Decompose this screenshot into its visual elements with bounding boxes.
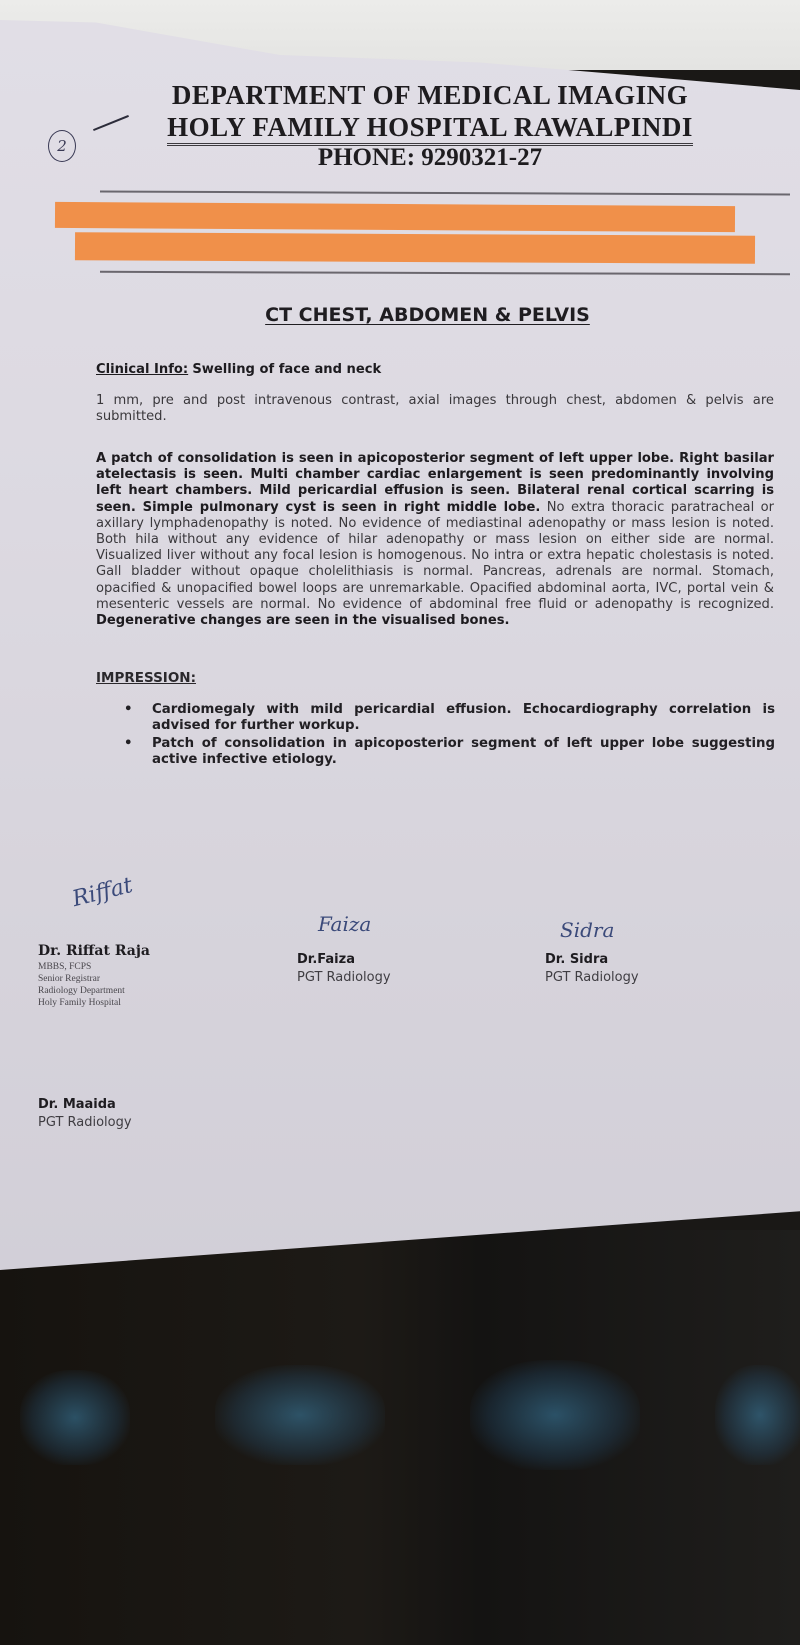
signature-faiza: Faiza xyxy=(318,912,371,936)
redaction-bar-patient-info xyxy=(55,202,735,232)
signatory-name: Dr. Maaida xyxy=(38,1096,132,1114)
bullet-icon: • xyxy=(124,736,133,752)
hospital-name: HOLY FAMILY HOSPITAL RAWALPINDI xyxy=(167,112,693,146)
department-heading: DEPARTMENT OF MEDICAL IMAGING xyxy=(0,80,800,111)
bullet-icon: • xyxy=(124,702,133,718)
signatory-department: Radiology Department xyxy=(38,985,150,997)
clinical-info: Clinical Info: Swelling of face and neck xyxy=(96,362,774,378)
impression-item: •Patch of consolidation in apicoposterio… xyxy=(120,736,775,768)
signatory-name: Dr. Sidra xyxy=(545,951,639,969)
ct-film-image xyxy=(215,1365,385,1465)
impression-list: •Cardiomegaly with mild pericardial effu… xyxy=(120,702,775,770)
hospital-heading: HOLY FAMILY HOSPITAL RAWALPINDI xyxy=(0,112,800,143)
findings-bones: Degenerative changes are seen in the vis… xyxy=(96,613,510,628)
signatory-role: PGT Radiology xyxy=(545,969,639,987)
report-title-text: CT CHEST, ABDOMEN & PELVIS xyxy=(265,304,590,326)
impression-item: •Cardiomegaly with mild pericardial effu… xyxy=(120,702,775,734)
technique-paragraph: 1 mm, pre and post intravenous contrast,… xyxy=(96,393,774,425)
clinical-info-label: Clinical Info: xyxy=(96,362,188,377)
signatory-name: Dr.Faiza xyxy=(297,951,391,969)
signatory-qualification: MBBS, FCPS xyxy=(38,961,150,973)
ct-film-image xyxy=(20,1370,130,1465)
signatory-role: PGT Radiology xyxy=(297,969,391,987)
signatory-details: MBBS, FCPS Senior Registrar Radiology De… xyxy=(38,961,150,1009)
signatory-hospital: Holy Family Hospital xyxy=(38,997,150,1009)
signature-sidra: Sidra xyxy=(560,918,614,942)
redaction-bar-patient-info xyxy=(75,232,755,264)
ct-film-image xyxy=(715,1365,800,1465)
report-title: CT CHEST, ABDOMEN & PELVIS xyxy=(0,304,800,326)
ct-film-image xyxy=(470,1360,640,1470)
signatory-sidra: Dr. Sidra PGT Radiology xyxy=(545,951,639,987)
signatory-faiza: Dr.Faiza PGT Radiology xyxy=(297,951,391,987)
clinical-info-value: Swelling of face and neck xyxy=(192,362,381,377)
signatory-title: Senior Registrar xyxy=(38,973,150,985)
handwritten-page-number: 2 xyxy=(48,130,76,162)
signatory-name: Dr. Riffat Raja xyxy=(38,943,150,959)
ct-film-thumbnails xyxy=(0,1360,800,1470)
hospital-phone: PHONE: 9290321-27 xyxy=(0,144,800,172)
impression-heading: IMPRESSION: xyxy=(96,670,196,686)
signatory-riffat-raja: Dr. Riffat Raja MBBS, FCPS Senior Regist… xyxy=(38,943,150,1009)
impression-text: Cardiomegaly with mild pericardial effus… xyxy=(152,702,775,733)
impression-text: Patch of consolidation in apicoposterior… xyxy=(152,736,775,767)
findings-normal: No extra thoracic paratracheal or axilla… xyxy=(96,500,774,612)
signatory-maaida: Dr. Maaida PGT Radiology xyxy=(38,1096,132,1132)
findings-paragraph: A patch of consolidation is seen in apic… xyxy=(96,451,774,629)
signatory-role: PGT Radiology xyxy=(38,1114,132,1132)
